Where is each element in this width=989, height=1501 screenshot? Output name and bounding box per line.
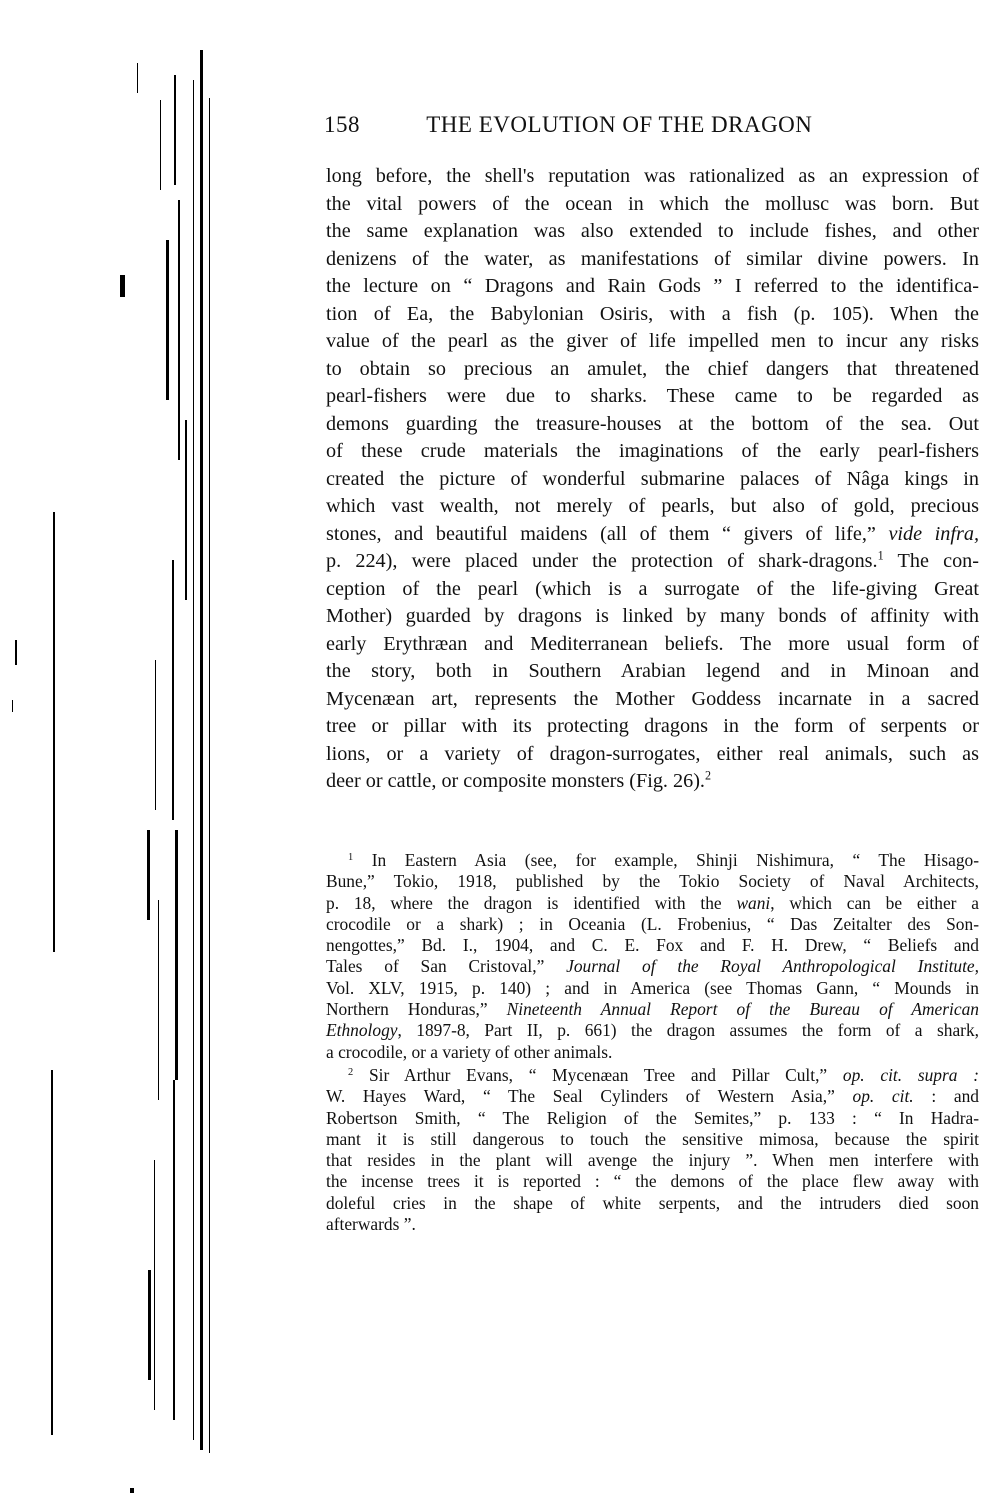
text-line: stones, and beautiful maidens (all of th… <box>326 521 979 549</box>
footnote-line: W. Hayes Ward, “ The Seal Cylinders of W… <box>326 1086 979 1107</box>
gutter-line <box>147 830 150 920</box>
scan-gutter-artifacts <box>0 0 230 1501</box>
gutter-line <box>51 1070 53 1435</box>
gutter-line <box>200 50 203 1450</box>
gutter-line <box>158 900 159 1100</box>
text-line: the vital powers of the ocean in which t… <box>326 191 979 219</box>
footnote-line: p. 18, where the dragon is identified wi… <box>326 893 979 914</box>
footnote-line: Robertson Smith, “ The Religion of the S… <box>326 1108 979 1129</box>
footnote-line: doleful cries in the shape of white serp… <box>326 1193 979 1214</box>
gutter-line <box>12 700 13 712</box>
footnote-line: Tales of San Cristoval,” Journal of the … <box>326 956 979 977</box>
footnote-line: 2 Sir Arthur Evans, “ Mycenæan Tree and … <box>326 1065 979 1086</box>
text-line: lions, or a variety of dragon-surrogates… <box>326 741 979 769</box>
footnote-line: Bune,” Tokio, 1918, published by the Tok… <box>326 871 979 892</box>
text-line: early Erythræan and Mediterranean belief… <box>326 631 979 659</box>
text-line: Mycenæan art, represents the Mother Godd… <box>326 686 979 714</box>
gutter-line <box>15 640 17 665</box>
gutter-line <box>174 75 176 185</box>
gutter-line <box>148 1270 151 1380</box>
gutter-line <box>209 98 210 1453</box>
italic-phrase: vide infra, <box>888 523 979 545</box>
footnote-1: 1 In Eastern Asia (see, for example, Shi… <box>326 850 979 1063</box>
text-line: the story, both in Southern Arabian lege… <box>326 658 979 686</box>
footnote-line: a crocodile, or a variety of other anima… <box>326 1042 979 1063</box>
text-line: Mother) guarded by dragons is linked by … <box>326 603 979 631</box>
gutter-line <box>185 420 187 600</box>
footnote-line: Northern Honduras,” Nineteenth Annual Re… <box>326 999 979 1020</box>
body-paragraph: long before, the shell's reputation was … <box>326 163 979 796</box>
gutter-line <box>130 1488 134 1493</box>
footnotes: 1 In Eastern Asia (see, for example, Shi… <box>326 850 979 1235</box>
gutter-line <box>154 1160 155 1410</box>
running-title: THE EVOLUTION OF THE DRAGON <box>426 112 812 138</box>
text-line: created the picture of wonderful submari… <box>326 466 979 494</box>
text-line: demons guarding the treasure-houses at t… <box>326 411 979 439</box>
text-line: long before, the shell's reputation was … <box>326 163 979 191</box>
footnote-line: the incense trees it is reported : “ the… <box>326 1171 979 1192</box>
footnote-line: afterwards ”. <box>326 1214 979 1235</box>
text-line: tree or pillar with its protecting drago… <box>326 713 979 741</box>
text-line: value of the pearl as the giver of life … <box>326 328 979 356</box>
text-line: which vast wealth, not merely of pearls,… <box>326 493 979 521</box>
footnote-line: Vol. XLV, 1915, p. 140) ; and in America… <box>326 978 979 999</box>
text-line: tion of Ea, the Babylonian Osiris, with … <box>326 301 979 329</box>
text-line: deer or cattle, or composite monsters (F… <box>326 768 979 796</box>
gutter-line <box>120 275 125 297</box>
gutter-line <box>53 512 55 952</box>
footnote-ref-2[interactable]: 2 <box>705 769 711 783</box>
gutter-line <box>155 660 156 810</box>
text-line: of these crude materials the imagination… <box>326 438 979 466</box>
gutter-line <box>172 560 174 820</box>
footnote-line: Ethnology, 1897-8, Part II, p. 661) the … <box>326 1020 979 1041</box>
footnote-line: nengottes,” Bd. I., 1904, and C. E. Fox … <box>326 935 979 956</box>
footnote-line: mant it is still dangerous to touch the … <box>326 1129 979 1150</box>
text-line: to obtain so precious an amulet, the chi… <box>326 356 979 384</box>
text-line: denizens of the water, as manifestations… <box>326 246 979 274</box>
gutter-line <box>178 200 180 460</box>
gutter-line <box>175 830 178 1080</box>
text-line: pearl-fishers were due to sharks. These … <box>326 383 979 411</box>
text-line: the same explanation was also extended t… <box>326 218 979 246</box>
text-line: p. 224), were placed under the protectio… <box>326 548 979 576</box>
footnote-2: 2 Sir Arthur Evans, “ Mycenæan Tree and … <box>326 1065 979 1235</box>
gutter-line <box>166 240 169 400</box>
gutter-line <box>160 100 161 190</box>
page-number: 158 <box>324 112 420 138</box>
gutter-line <box>193 80 194 1440</box>
footnote-line: 1 In Eastern Asia (see, for example, Shi… <box>326 850 979 871</box>
text-line: ception of the pearl (which is a surroga… <box>326 576 979 604</box>
gutter-line <box>137 63 138 93</box>
page-header: 158 THE EVOLUTION OF THE DRAGON <box>324 112 984 144</box>
footnote-line: crocodile or a shark) ; in Oceania (L. F… <box>326 914 979 935</box>
footnote-line: that resides in the plant will avenge th… <box>326 1150 979 1171</box>
text-line: the lecture on “ Dragons and Rain Gods ”… <box>326 273 979 301</box>
gutter-line <box>173 1080 175 1420</box>
